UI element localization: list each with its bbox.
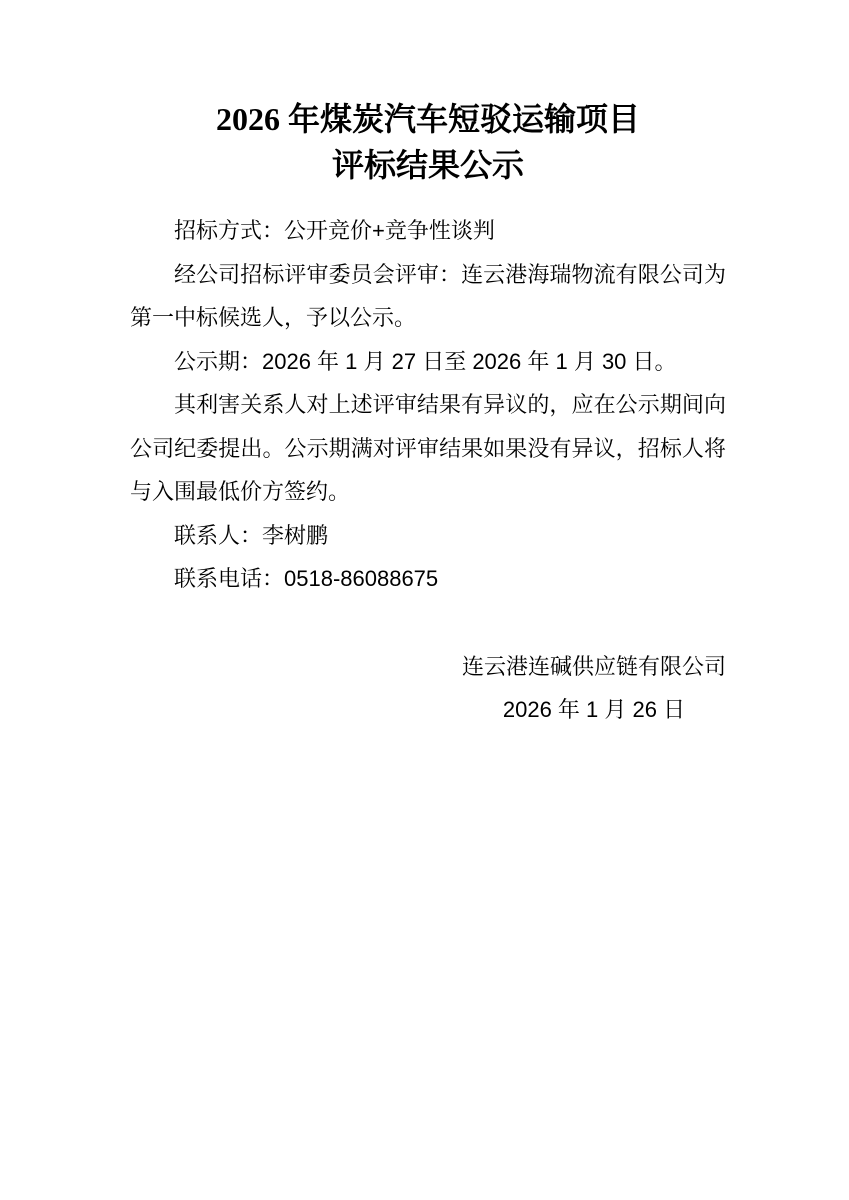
- signature-block: 连云港连碱供应链有限公司 2026 年 1 月 26 日: [130, 645, 726, 732]
- document-title-line1: 2026 年煤炭汽车短驳运输项目: [130, 96, 726, 142]
- signature-date: 2026 年 1 月 26 日: [462, 688, 726, 732]
- document-content: 2026 年煤炭汽车短驳运输项目 评标结果公示 招标方式：公开竞价+竞争性谈判 …: [0, 0, 849, 732]
- signature-company: 连云港连碱供应链有限公司: [462, 645, 726, 689]
- paragraph-evaluation-result: 经公司招标评审委员会评审：连云港海瑞物流有限公司为第一中标候选人，予以公示。: [130, 253, 726, 340]
- signature-inner: 连云港连碱供应链有限公司 2026 年 1 月 26 日: [462, 645, 726, 732]
- document-page: 2026 年煤炭汽车短驳运输项目 评标结果公示 招标方式：公开竞价+竞争性谈判 …: [0, 0, 849, 1200]
- paragraph-publicity-period: 公示期：2026 年 1 月 27 日至 2026 年 1 月 30 日。: [130, 340, 726, 384]
- document-title-line2: 评标结果公示: [130, 142, 726, 188]
- document-title: 2026 年煤炭汽车短驳运输项目 评标结果公示: [130, 96, 726, 188]
- paragraph-contact-person: 联系人：李树鹏: [130, 514, 726, 558]
- paragraph-contact-phone: 联系电话：0518-86088675: [130, 557, 726, 601]
- paragraph-bidding-method: 招标方式：公开竞价+竞争性谈判: [130, 209, 726, 253]
- paragraph-objection: 其利害关系人对上述评审结果有异议的，应在公示期间向公司纪委提出。公示期满对评审结…: [130, 383, 726, 514]
- document-body: 招标方式：公开竞价+竞争性谈判 经公司招标评审委员会评审：连云港海瑞物流有限公司…: [130, 209, 726, 601]
